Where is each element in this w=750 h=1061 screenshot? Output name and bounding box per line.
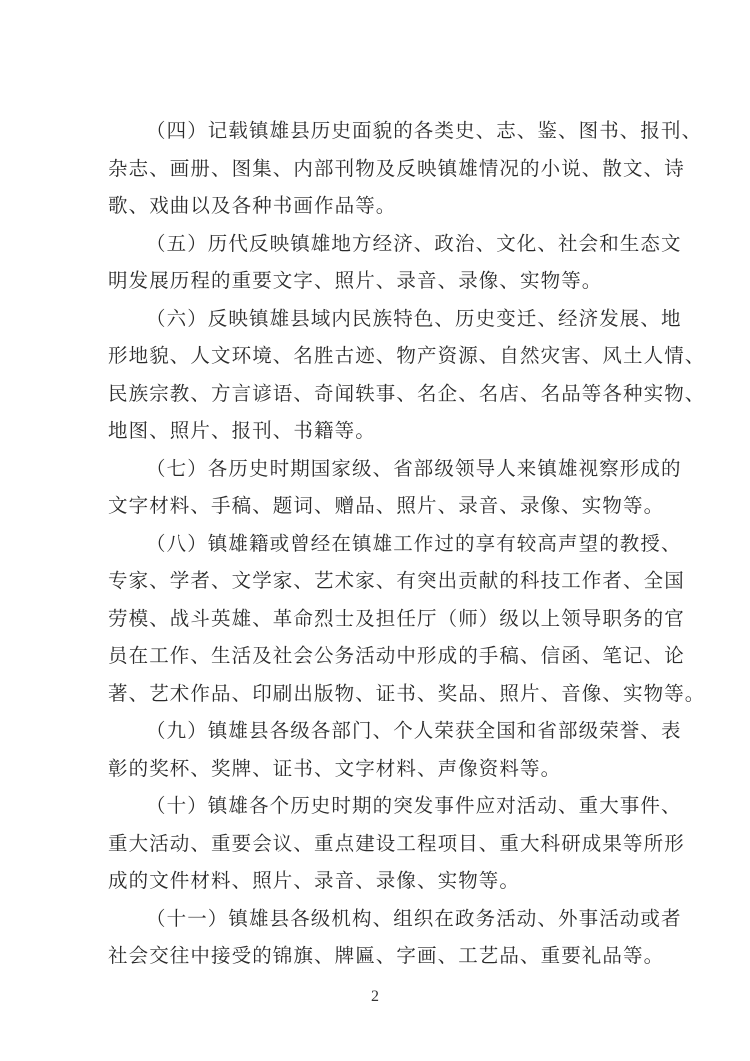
text-line: 民族宗教、方言谚语、奇闻轶事、名企、名店、名品等各种实物、	[70, 375, 646, 413]
paragraph-9: （九）镇雄县各级各部门、个人荣获全国和省部级荣誉、表 彰的奖杯、奖牌、证书、文字…	[108, 712, 646, 787]
text-line: （四）记载镇雄县历史面貌的各类史、志、鉴、图书、报刊、	[108, 112, 646, 150]
text-line: （十）镇雄各个历史时期的突发事件应对活动、重大事件、	[108, 787, 646, 825]
text-line: 专家、学者、文学家、艺术家、有突出贡献的科技工作者、全国	[70, 562, 646, 600]
page-number: 2	[0, 988, 750, 1006]
text-line: 彰的奖杯、奖牌、证书、文字材料、声像资料等。	[70, 750, 646, 788]
paragraph-5: （五）历代反映镇雄地方经济、政治、文化、社会和生态文 明发展历程的重要文字、照片…	[108, 225, 646, 300]
text-line: 成的文件材料、照片、录音、录像、实物等。	[70, 862, 646, 900]
document-page: （四）记载镇雄县历史面貌的各类史、志、鉴、图书、报刊、 杂志、画册、图集、内部刊…	[0, 0, 750, 1061]
paragraph-10: （十）镇雄各个历史时期的突发事件应对活动、重大事件、 重大活动、重要会议、重点建…	[108, 787, 646, 900]
paragraph-7: （七）各历史时期国家级、省部级领导人来镇雄视察形成的 文字材料、手稿、题词、赠品…	[108, 450, 646, 525]
text-line: （九）镇雄县各级各部门、个人荣获全国和省部级荣誉、表	[108, 712, 646, 750]
text-line: （十一）镇雄县各级机构、组织在政务活动、外事活动或者	[108, 900, 646, 938]
text-line: 重大活动、重要会议、重点建设工程项目、重大科研成果等所形	[70, 825, 646, 863]
text-line: （八）镇雄籍或曾经在镇雄工作过的享有较高声望的教授、	[108, 525, 646, 563]
text-line: 歌、戏曲以及各种书画作品等。	[70, 187, 646, 225]
text-line: 文字材料、手稿、题词、赠品、照片、录音、录像、实物等。	[70, 487, 646, 525]
text-line: 明发展历程的重要文字、照片、录音、录像、实物等。	[70, 262, 646, 300]
paragraph-4: （四）记载镇雄县历史面貌的各类史、志、鉴、图书、报刊、 杂志、画册、图集、内部刊…	[108, 112, 646, 225]
text-line: 劳模、战斗英雄、革命烈士及担任厅（师）级以上领导职务的官	[70, 600, 646, 638]
text-line: （五）历代反映镇雄地方经济、政治、文化、社会和生态文	[108, 225, 646, 263]
text-line: 杂志、画册、图集、内部刊物及反映镇雄情况的小说、散文、诗	[70, 150, 646, 188]
text-line: 形地貌、人文环境、名胜古迹、物产资源、自然灾害、风土人情、	[70, 337, 646, 375]
text-line: 地图、照片、报刊、书籍等。	[70, 412, 646, 450]
paragraph-6: （六）反映镇雄县域内民族特色、历史变迁、经济发展、地 形地貌、人文环境、名胜古迹…	[108, 300, 646, 450]
text-line: 社会交往中接受的锦旗、牌匾、字画、工艺品、重要礼品等。	[70, 937, 646, 975]
text-line: （六）反映镇雄县域内民族特色、历史变迁、经济发展、地	[108, 300, 646, 338]
body-text: （四）记载镇雄县历史面貌的各类史、志、鉴、图书、报刊、 杂志、画册、图集、内部刊…	[108, 112, 646, 975]
paragraph-8: （八）镇雄籍或曾经在镇雄工作过的享有较高声望的教授、 专家、学者、文学家、艺术家…	[108, 525, 646, 713]
text-line: 员在工作、生活及社会公务活动中形成的手稿、信函、笔记、论	[70, 637, 646, 675]
paragraph-11: （十一）镇雄县各级机构、组织在政务活动、外事活动或者 社会交往中接受的锦旗、牌匾…	[108, 900, 646, 975]
text-line: 著、艺术作品、印刷出版物、证书、奖品、照片、音像、实物等。	[70, 675, 646, 713]
text-line: （七）各历史时期国家级、省部级领导人来镇雄视察形成的	[108, 450, 646, 488]
